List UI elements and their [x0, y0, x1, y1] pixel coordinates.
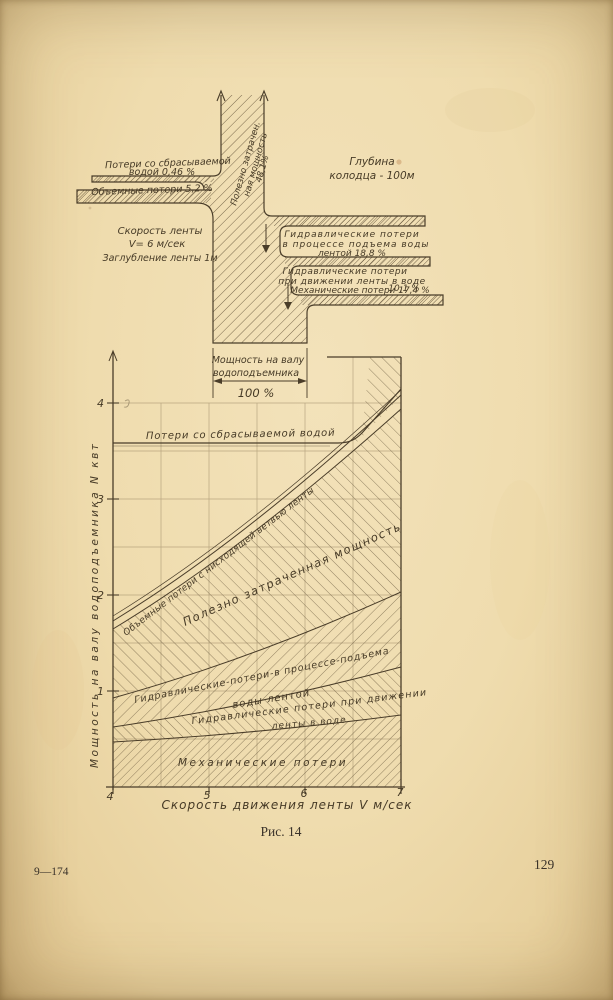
- hydraulic-lift-label-line1: Гидравлические потери: [284, 230, 419, 240]
- sankey-diagram: Потери со сбрасываемой водой 0,46 % Объе…: [77, 91, 443, 400]
- stain: [490, 480, 550, 640]
- figure-14-drawing: Потери со сбрасываемой водой 0,46 % Объе…: [0, 0, 613, 1000]
- y-tick-4: 4: [97, 397, 104, 410]
- x-tick-4: 4: [107, 790, 114, 803]
- spill-loss-label-line2: водой 0,46 %: [129, 167, 195, 178]
- chart-label-mechanical: Механические потери: [178, 757, 348, 769]
- hydraulic-lift-value: лентой 18,8 %: [317, 249, 386, 259]
- dimension-arrow-right-icon: [298, 378, 307, 384]
- belt-depth-label: Заглубление ленты 1м: [102, 253, 217, 264]
- scanned-book-page: Потери со сбрасываемой водой 0,46 % Объе…: [0, 0, 613, 1000]
- well-depth-label-line1: Глубина: [349, 156, 394, 168]
- shaft-power-label-line1: Мощность на валу: [212, 355, 305, 366]
- hydraulic-lift-strip: [274, 216, 425, 226]
- figure-caption: Рис. 14: [261, 824, 302, 839]
- footer-signature: 9—174: [34, 866, 69, 878]
- shaft-power-label-line2: водоподъемника: [213, 368, 299, 379]
- ink-spot: [89, 207, 92, 210]
- chart-label-spill: Потери со сбрасываемой водой: [146, 427, 336, 442]
- mechanical-loss-label: Механические потери 17,4 %: [290, 286, 429, 296]
- page-number: 129: [534, 857, 555, 872]
- well-depth-label-line2: колодца - 100м: [329, 170, 414, 182]
- y-axis-title: Мощность на валу водоподъемника N квт: [89, 442, 101, 768]
- belt-speed-label: Скорость ленты: [118, 226, 203, 237]
- stain: [32, 630, 84, 750]
- belt-speed-value: V= 6 м/сек: [129, 239, 186, 250]
- x-axis-title: Скорость движения ленты V м/сек: [162, 798, 413, 812]
- mechanical-strip: [301, 295, 443, 305]
- ink-spot: [396, 159, 401, 164]
- shaft-power-value: 100 %: [238, 386, 275, 400]
- hydraulic-motion-label-line1: Гидравлические потери: [283, 267, 408, 277]
- stain: [445, 88, 535, 132]
- chart: 4 3 2 1 4 5 6 7 Мощность на валу водопод…: [89, 351, 428, 812]
- smudge-mark: [124, 400, 129, 407]
